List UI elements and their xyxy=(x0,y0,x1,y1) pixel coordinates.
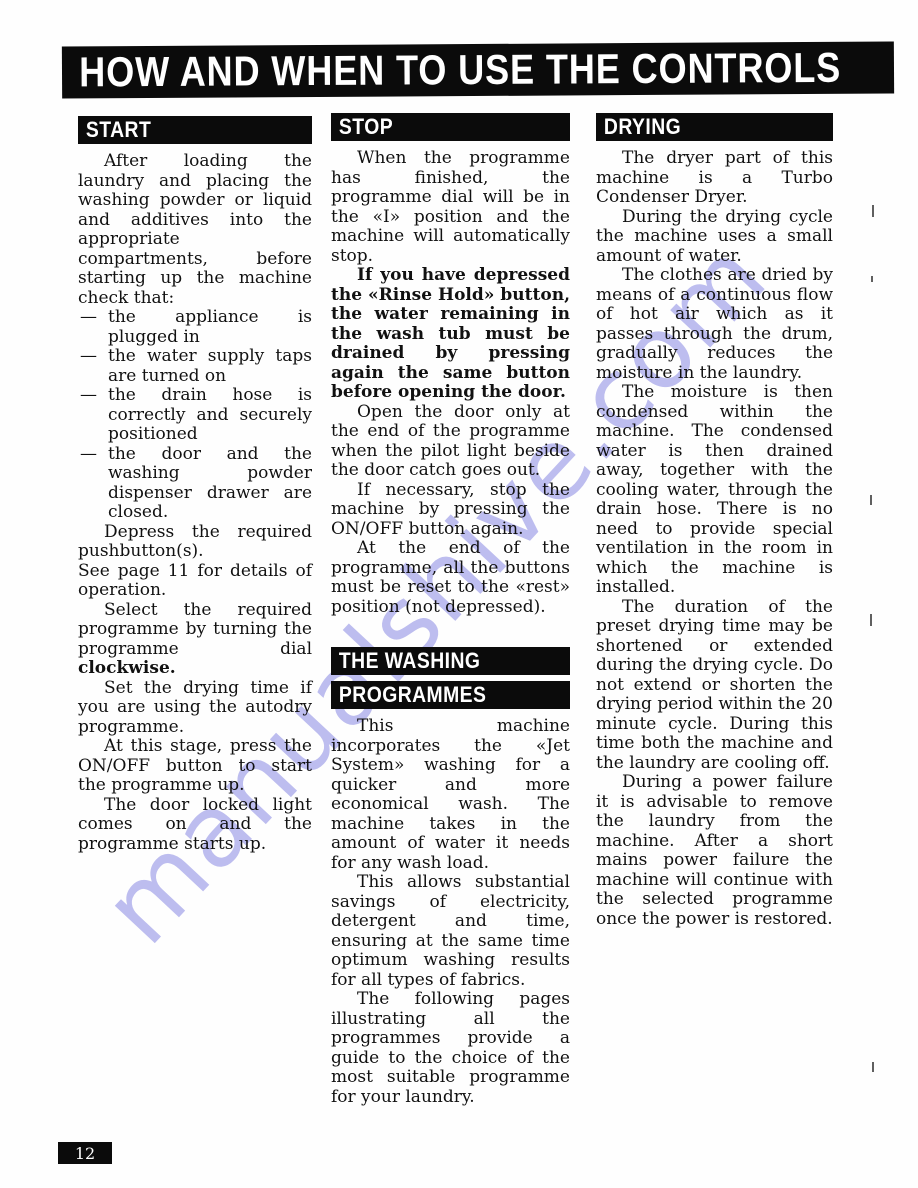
paragraph: The duration of the preset drying time m… xyxy=(596,598,833,774)
section-heading-label: THE WASHING xyxy=(331,651,480,671)
dash-marker: — xyxy=(80,445,97,465)
page-title: HOW AND WHEN TO USE THE CONTROLS xyxy=(62,44,841,97)
scan-artifact-dash xyxy=(871,276,873,282)
list-item: —the door and the washing powder dispens… xyxy=(78,445,312,523)
section-heading-label: STOP xyxy=(331,117,393,137)
paragraph: This allows substantial savings of elect… xyxy=(331,873,570,990)
column-stop-washing-programmes: STOPWhen the programme has finished, the… xyxy=(331,113,570,1107)
paragraph: At this stage, press the ON/OFF button t… xyxy=(78,737,312,796)
paragraph: The moisture is then condensed within th… xyxy=(596,383,833,598)
paragraph: Depress the required pushbutton(s). xyxy=(78,523,312,562)
paragraph: Open the door only at the end of the pro… xyxy=(331,403,570,481)
list-item-text: the door and the washing powder dispense… xyxy=(108,444,312,523)
section-heading-label: START xyxy=(78,120,151,140)
paragraph: This machine incorporates the «Jet Syste… xyxy=(331,717,570,873)
paragraph: If necessary, stop the machine by pressi… xyxy=(331,481,570,540)
paragraph: See page 11 for details of operation. xyxy=(78,562,312,601)
paragraph-run: Select the required programme by turning… xyxy=(78,600,312,659)
paragraph: When the programme has finished, the pro… xyxy=(331,149,570,266)
paragraph-bold-run: clockwise. xyxy=(78,658,176,678)
list-item-text: the drain hose is correctly and securely… xyxy=(108,385,312,444)
list-item: —the water supply taps are turned on xyxy=(78,347,312,386)
column-start: STARTAfter loading the laundry and placi… xyxy=(78,116,312,854)
column-drying: DRYINGThe dryer part of this machine is … xyxy=(596,113,833,929)
dash-marker: — xyxy=(80,386,97,406)
section-heading-programmes: PROGRAMMES xyxy=(331,681,570,709)
dash-marker: — xyxy=(80,347,97,367)
dash-marker: — xyxy=(80,308,97,328)
paragraph: At the end of the programme, all the but… xyxy=(331,539,570,617)
paragraph: Set the drying time if you are using the… xyxy=(78,679,312,738)
page-number: 12 xyxy=(75,1144,95,1163)
paragraph: The following pages illustrating all the… xyxy=(331,990,570,1107)
section-heading-stop: STOP xyxy=(331,113,570,141)
section-heading-start: START xyxy=(78,116,312,144)
paragraph: During a power failure it is advisable t… xyxy=(596,773,833,929)
scan-artifact-dash xyxy=(872,205,874,217)
section-heading-label: PROGRAMMES xyxy=(331,685,486,705)
section-heading-the-washing: THE WASHING xyxy=(331,647,570,675)
page-number-badge: 12 xyxy=(58,1142,112,1164)
list-item-text: the water supply taps are turned on xyxy=(108,346,312,386)
paragraph: After loading the laundry and placing th… xyxy=(78,152,312,308)
manual-page: HOW AND WHEN TO USE THE CONTROLS manuals… xyxy=(0,0,918,1188)
page-title-banner: HOW AND WHEN TO USE THE CONTROLS xyxy=(62,41,894,98)
scan-artifact-dash xyxy=(870,495,872,505)
section-heading-label: DRYING xyxy=(596,117,681,137)
list-item: —the drain hose is correctly and securel… xyxy=(78,386,312,445)
paragraph: Select the required programme by turning… xyxy=(78,601,312,679)
section-heading-drying: DRYING xyxy=(596,113,833,141)
scan-artifact-dash xyxy=(872,1062,874,1072)
scan-artifact-dash xyxy=(870,614,872,626)
paragraph: The clothes are dried by means of a cont… xyxy=(596,266,833,383)
paragraph: The dryer part of this machine is a Turb… xyxy=(596,149,833,208)
paragraph: During the drying cycle the machine uses… xyxy=(596,208,833,267)
list-item-text: the appliance is plugged in xyxy=(108,307,312,347)
paragraph: If you have depressed the «Rinse Hold» b… xyxy=(331,266,570,403)
paragraph: The door locked light comes on and the p… xyxy=(78,796,312,855)
list-item: —the appliance is plugged in xyxy=(78,308,312,347)
